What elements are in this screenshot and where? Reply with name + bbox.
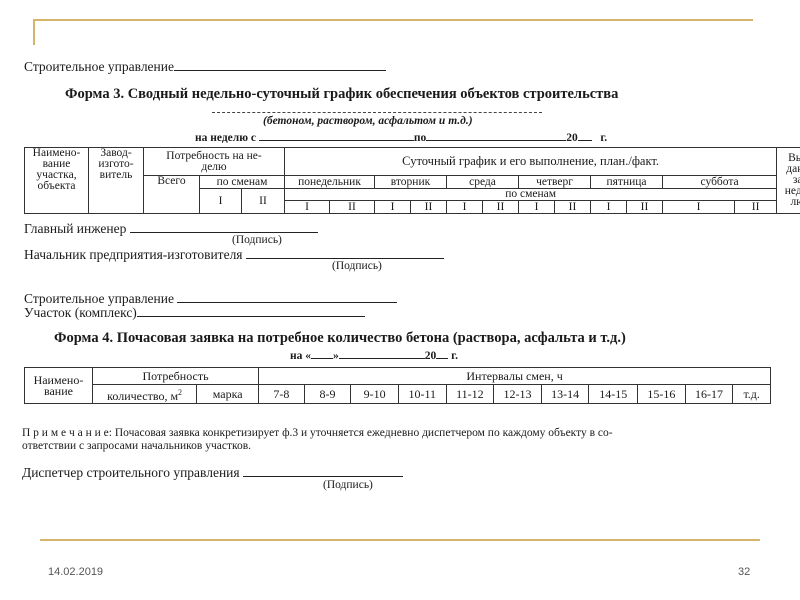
col-header-total: Всего xyxy=(144,176,200,214)
f4-col-qty-label: количество, м xyxy=(107,389,178,403)
need-shift-1: I xyxy=(200,189,242,214)
form4-year-blank xyxy=(436,346,448,359)
mon-shift-1: I xyxy=(285,201,330,214)
form3-title: Форма 3. Сводный недельно-суточный графи… xyxy=(65,86,618,103)
form4-note-line-2: ответствии с запросами начальников участ… xyxy=(22,440,251,452)
interval-12-13: 12-13 xyxy=(494,385,542,404)
sat-shift-2: II xyxy=(735,201,777,214)
day-tuesday: вторник xyxy=(375,176,447,189)
col-name-line: объекта xyxy=(26,181,87,192)
f4-col-name: Наимено- вание xyxy=(25,368,93,404)
f4-col-intervals: Интервалы смен, ч xyxy=(259,368,771,385)
form4-site-blank xyxy=(137,304,365,317)
col-need-line: Потребность на не- xyxy=(145,151,283,162)
slide-frame-top-rule xyxy=(33,19,753,21)
form3-subtitle: (бетоном, раствором, асфальтом и т.д.) xyxy=(263,115,473,127)
week-from-label: на неделю с xyxy=(195,132,256,144)
schedule-by-shift: по сменам xyxy=(285,189,777,201)
note-label: П р и м е ч а н и е: xyxy=(22,427,112,439)
interval-7-8: 7-8 xyxy=(259,385,305,404)
col-header-schedule: Суточный график и его выполнение, план./… xyxy=(285,148,777,176)
tue-shift-1: I xyxy=(375,201,411,214)
interval-15-16: 15-16 xyxy=(638,385,686,404)
day-saturday: суббота xyxy=(663,176,777,189)
thu-shift-1: I xyxy=(519,201,555,214)
chief-engineer-blank xyxy=(130,220,318,233)
form4-day-blank xyxy=(311,346,333,359)
f4-col-grade: марка xyxy=(197,385,259,404)
week-from-blank xyxy=(259,128,414,141)
form3-subtitle-rule xyxy=(212,112,542,113)
slide-date: 14.02.2019 xyxy=(48,566,103,578)
dispatcher-label: Диспетчер строительного управления xyxy=(22,465,240,480)
form3-table: Наимено- вание участка, объекта Завод- и… xyxy=(24,147,800,214)
day-thursday: четверг xyxy=(519,176,591,189)
note-text-1: Почасовая заявка конкретизирует ф.3 и ут… xyxy=(115,427,613,439)
form4-title: Форма 4. Почасовая заявка на потребное к… xyxy=(54,330,626,347)
interval-13-14: 13-14 xyxy=(541,385,589,404)
form3-org-blank xyxy=(174,58,386,71)
form3-year-suffix: г. xyxy=(600,132,607,144)
col-header-issued: Вы- дано за неде- лю xyxy=(777,148,800,214)
tue-shift-2: II xyxy=(411,201,447,214)
week-to-label: по xyxy=(414,132,426,144)
form3-week-line: на неделю с по20 г. xyxy=(195,128,607,144)
interval-8-9: 8-9 xyxy=(304,385,351,404)
week-to-blank xyxy=(426,128,566,141)
form4-date-line: на «»20 г. xyxy=(290,346,458,362)
form3-org-label: Строительное управление xyxy=(24,59,174,74)
day-monday: понедельник xyxy=(285,176,375,189)
fri-shift-1: I xyxy=(591,201,627,214)
form4-org-blank xyxy=(177,290,397,303)
col-header-by-shift: по сменам xyxy=(200,176,285,189)
form3-org-line: Строительное управление xyxy=(24,58,386,75)
dispatcher-blank xyxy=(243,464,403,477)
dispatcher-signature-hint: (Подпись) xyxy=(323,479,373,491)
col-header-maker: Завод- изгото- витель xyxy=(89,148,144,214)
f4-col-name-line: вание xyxy=(26,386,91,397)
slide-frame-left-rule xyxy=(33,19,35,45)
form3-year-blank xyxy=(578,128,592,141)
form4-site-label: Участок (комплекс) xyxy=(24,305,137,320)
day-wednesday: среда xyxy=(447,176,519,189)
interval-16-17: 16-17 xyxy=(685,385,733,404)
need-shift-2: II xyxy=(242,189,285,214)
form4-note-line-1: П р и м е ч а н и е: Почасовая заявка ко… xyxy=(22,427,613,439)
col-need-line: делю xyxy=(145,162,283,173)
form4-year-suffix: г. xyxy=(451,350,458,362)
col-header-name: Наимено- вание участка, объекта xyxy=(25,148,89,214)
f4-col-need: Потребность xyxy=(92,368,258,385)
day-friday: пятница xyxy=(591,176,663,189)
f4-col-qty: количество, м2 xyxy=(92,385,196,404)
fri-shift-2: II xyxy=(627,201,663,214)
form3-year-label: 20 xyxy=(566,132,578,144)
sat-shift-1: I xyxy=(663,201,735,214)
head-maker-signature-hint: (Подпись) xyxy=(332,260,382,272)
interval-11-12: 11-12 xyxy=(446,385,494,404)
form4-month-blank xyxy=(339,346,425,359)
col-maker-line: витель xyxy=(90,170,142,181)
slide-frame-bottom-rule xyxy=(40,539,760,541)
chief-engineer-signature-hint: (Подпись) xyxy=(232,234,282,246)
interval-9-10: 9-10 xyxy=(351,385,399,404)
form4-year-label: 20 xyxy=(425,350,437,362)
slide-page-number: 32 xyxy=(738,566,750,578)
interval-10-11: 10-11 xyxy=(398,385,446,404)
wed-shift-2: II xyxy=(483,201,519,214)
wed-shift-1: I xyxy=(447,201,483,214)
col-header-need: Потребность на не- делю xyxy=(144,148,285,176)
head-maker-blank xyxy=(246,246,444,259)
mon-shift-2: II xyxy=(330,201,375,214)
interval-etc: т.д. xyxy=(733,385,771,404)
chief-engineer-label: Главный инженер xyxy=(24,221,126,236)
thu-shift-2: II xyxy=(555,201,591,214)
col-issued-line: лю xyxy=(778,197,800,208)
form4-date-prefix: на « xyxy=(290,350,311,362)
interval-14-15: 14-15 xyxy=(589,385,638,404)
form4-table: Наимено- вание Потребность Интервалы сме… xyxy=(24,367,771,404)
head-maker-label: Начальник предприятия-изготовителя xyxy=(24,247,243,262)
f4-col-qty-sup: 2 xyxy=(178,388,182,397)
form4-site-line: Участок (комплекс) xyxy=(24,304,365,321)
